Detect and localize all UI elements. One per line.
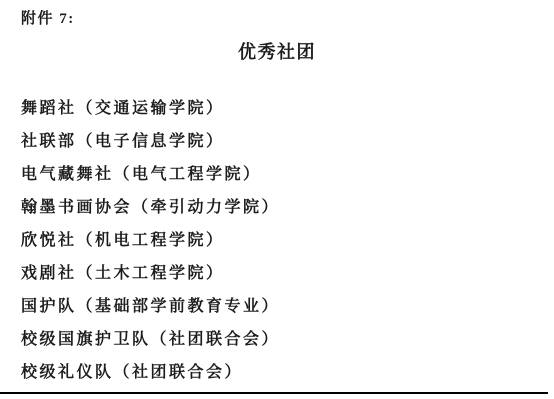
list-item: 校级国旗护卫队（社团联合会） (21, 323, 554, 356)
page-title: 优秀社团 (0, 38, 554, 64)
list-item: 电气藏舞社（电气工程学院） (21, 158, 554, 191)
list-item: 舞蹈社（交通运输学院） (21, 92, 554, 125)
list-item: 校级礼仪队（社团联合会） (21, 356, 554, 389)
list-item: 欣悦社（机电工程学院） (21, 224, 554, 257)
horizontal-rule (0, 392, 548, 394)
list-item: 翰墨书画协会（牵引动力学院） (21, 191, 554, 224)
list-item: 国护队（基础部学前教育专业） (21, 290, 554, 323)
document-page: 附件 7: 优秀社团 舞蹈社（交通运输学院） 社联部（电子信息学院） 电气藏舞社… (0, 0, 554, 399)
club-list: 舞蹈社（交通运输学院） 社联部（电子信息学院） 电气藏舞社（电气工程学院） 翰墨… (21, 92, 554, 389)
attachment-label: 附件 7: (21, 7, 75, 28)
list-item: 社联部（电子信息学院） (21, 125, 554, 158)
list-item: 戏剧社（土木工程学院） (21, 257, 554, 290)
